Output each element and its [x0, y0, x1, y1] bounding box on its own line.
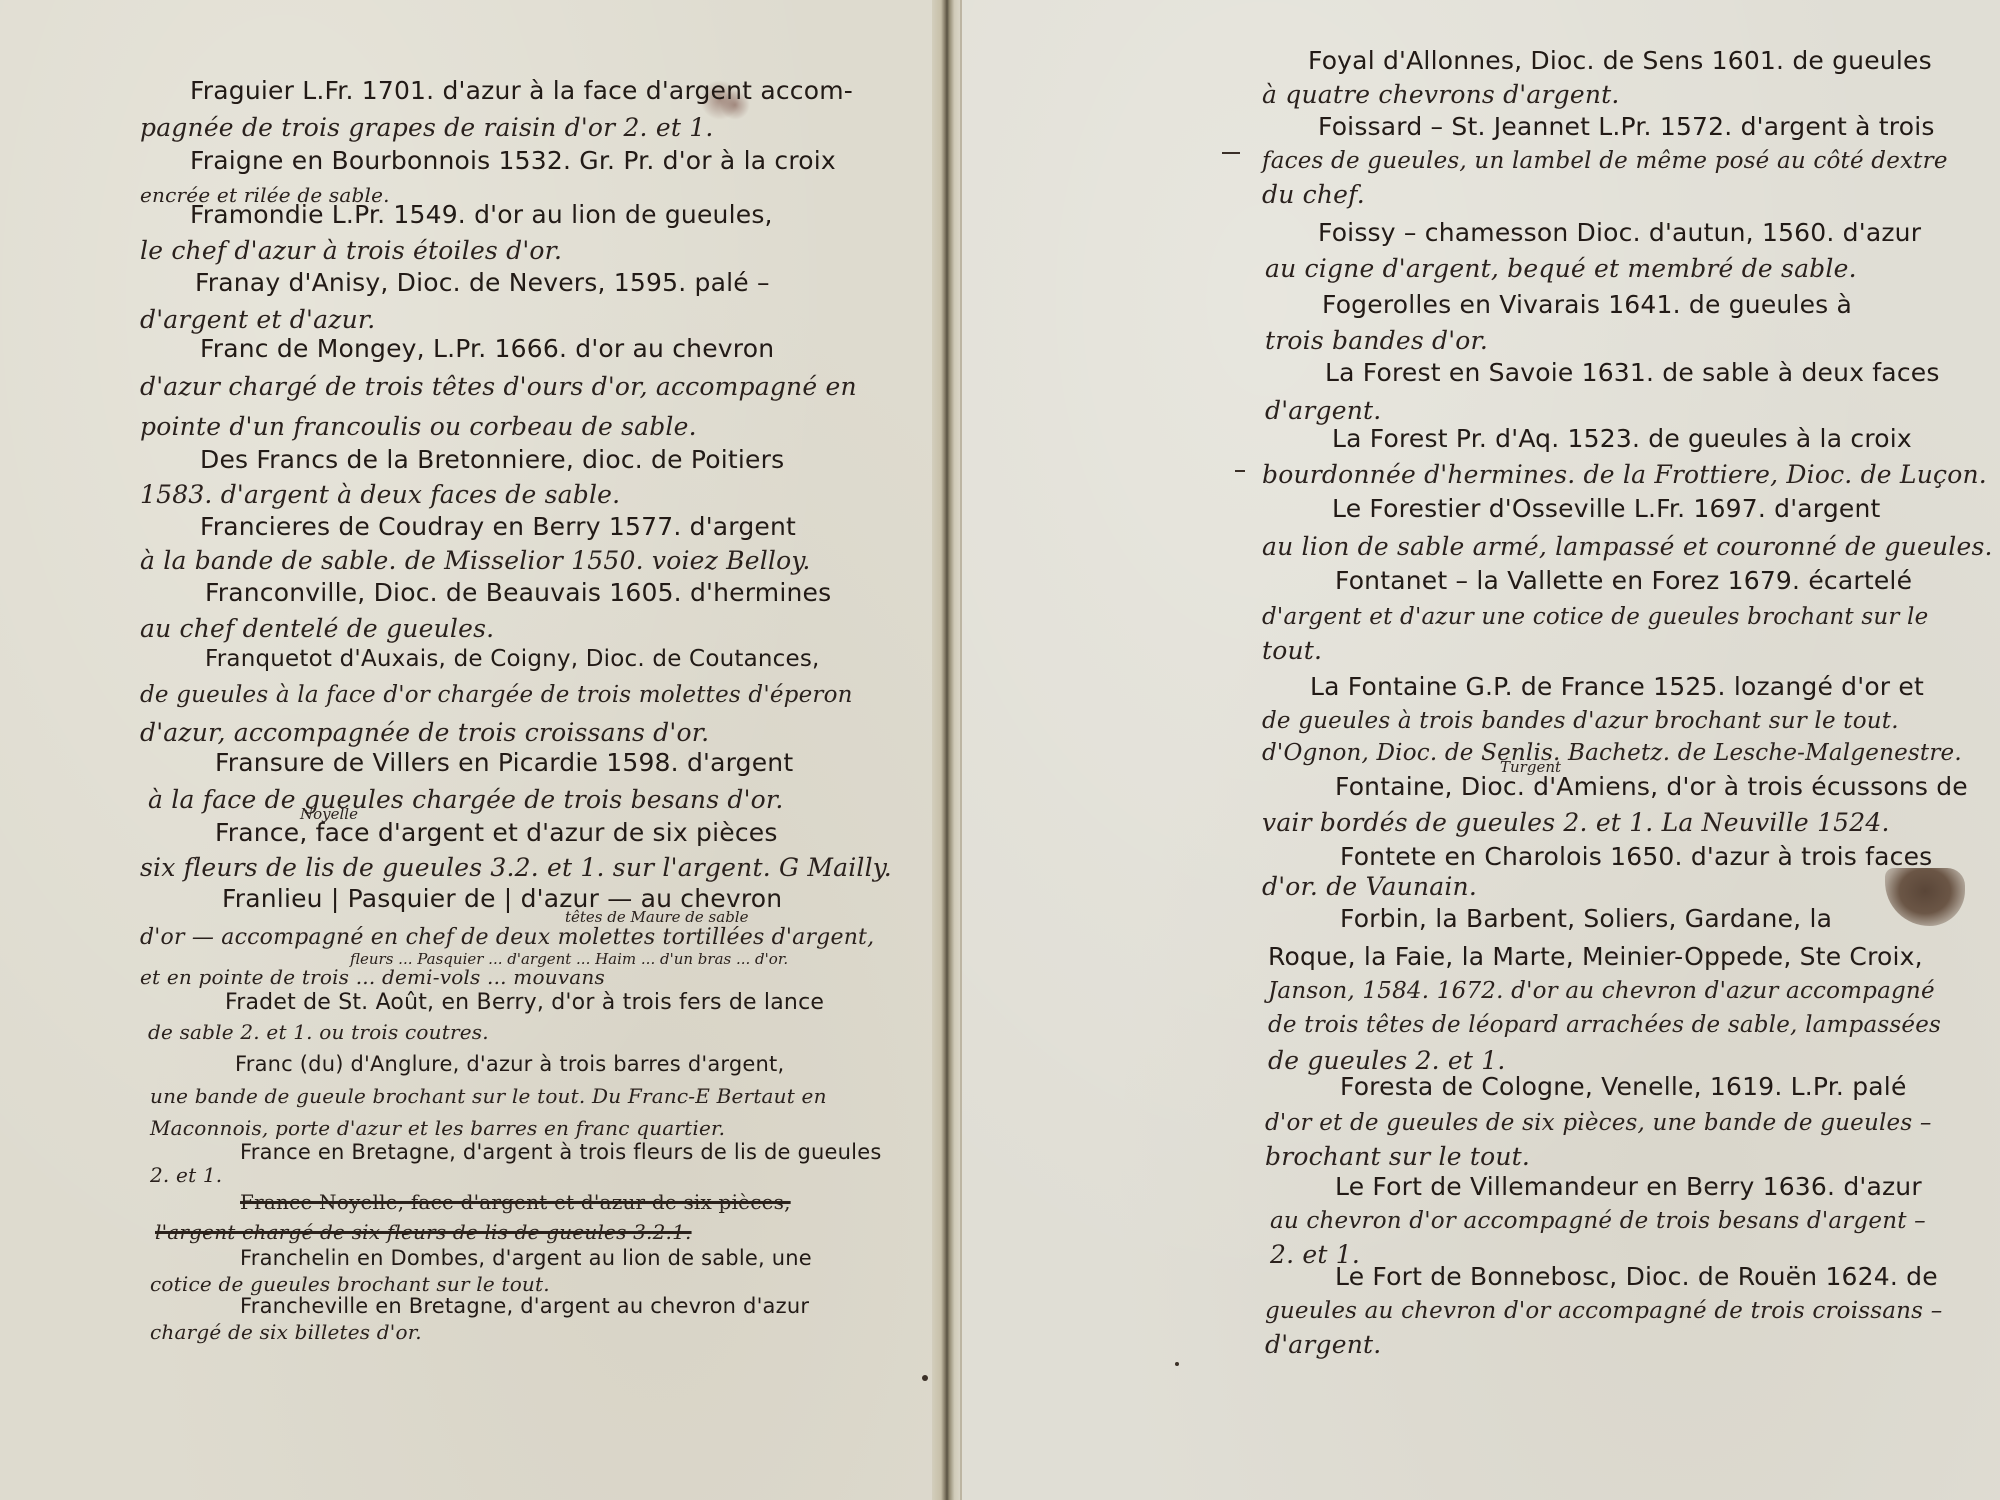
entry-line: d'or et de gueules de six pièces, une ba… [1265, 1110, 1932, 1136]
entry-line: La Forest en Savoie 1631. de sable à deu… [1325, 358, 1940, 387]
manuscript-spread: Fraguier L.Fr. 1701. d'azur à la face d'… [0, 0, 2000, 1500]
entry-line: Foresta de Cologne, Venelle, 1619. L.Pr.… [1340, 1072, 1907, 1101]
entry-line: vair bordés de gueules 2. et 1. La Neuvi… [1262, 808, 1890, 837]
entry-line: Le Fort de Villemandeur en Berry 1636. d… [1335, 1172, 1922, 1201]
entry-line: au cigne d'argent, bequé et membré de sa… [1265, 254, 1857, 283]
entry-line: Fogerolles en Vivarais 1641. de gueules … [1322, 290, 1852, 319]
entry-line: d'argent. [1265, 396, 1381, 425]
entry-line: de trois têtes de léopard arrachées de s… [1268, 1012, 1941, 1038]
entry-line: d'or. de Vaunain. [1262, 872, 1477, 901]
entry-line: au chevron d'or accompagné de trois besa… [1270, 1208, 1926, 1234]
entry-line: gueules au chevron d'or accompagné de tr… [1265, 1298, 1942, 1324]
entry-line: La Forest Pr. d'Aq. 1523. de gueules à l… [1332, 424, 1912, 453]
entry-line: Fontanet – la Vallette en Forez 1679. éc… [1335, 566, 1912, 595]
entry-line: au lion de sable armé, lampassé et couro… [1262, 532, 1993, 561]
entry-line: brochant sur le tout. [1265, 1142, 1530, 1171]
entry-line: bourdonnée d'hermines. de la Frottiere, … [1262, 460, 1987, 489]
entry-line: Le Forestier d'Osseville L.Fr. 1697. d'a… [1332, 494, 1881, 523]
entry-line: du chef. [1262, 180, 1365, 209]
entry-line: d'argent et d'azur une cotice de gueules… [1262, 604, 1928, 630]
entry-line: d'argent. [1265, 1330, 1381, 1359]
entry-line: de gueules à trois bandes d'azur brochan… [1262, 708, 1899, 734]
entry-line: La Fontaine G.P. de France 1525. lozangé… [1310, 672, 1924, 701]
entry-line: Roque, la Faie, la Marte, Meinier-Oppede… [1268, 942, 1923, 971]
entry-line: tout. [1262, 636, 1322, 665]
entry-line: trois bandes d'or. [1265, 326, 1488, 355]
entry-line: Foissard – St. Jeannet L.Pr. 1572. d'arg… [1318, 112, 1935, 141]
entry-line: faces de gueules, un lambel de même posé… [1262, 148, 1948, 174]
entry-line: Le Fort de Bonnebosc, Dioc. de Rouën 162… [1335, 1262, 1938, 1291]
entry-line: Fontete en Charolois 1650. d'azur à troi… [1340, 842, 1932, 871]
entry-line: Fontaine, Dioc. d'Amiens, d'or à trois é… [1335, 772, 1968, 801]
entry-line: Foyal d'Allonnes, Dioc. de Sens 1601. de… [1308, 46, 1932, 75]
entry-line: Janson, 1584. 1672. d'or au chevron d'az… [1268, 978, 1935, 1004]
entry-line: Foissy – chamesson Dioc. d'autun, 1560. … [1318, 218, 1921, 247]
right-page-entries: Foyal d'Allonnes, Dioc. de Sens 1601. de… [0, 0, 2000, 1500]
entry-line: de gueules 2. et 1. [1268, 1046, 1506, 1075]
entry-line: à quatre chevrons d'argent. [1262, 80, 1620, 109]
entry-line: d'Ognon, Dioc. de Senlis. Bachetz. de Le… [1262, 740, 1962, 766]
entry-line: Forbin, la Barbent, Soliers, Gardane, la [1340, 904, 1832, 933]
